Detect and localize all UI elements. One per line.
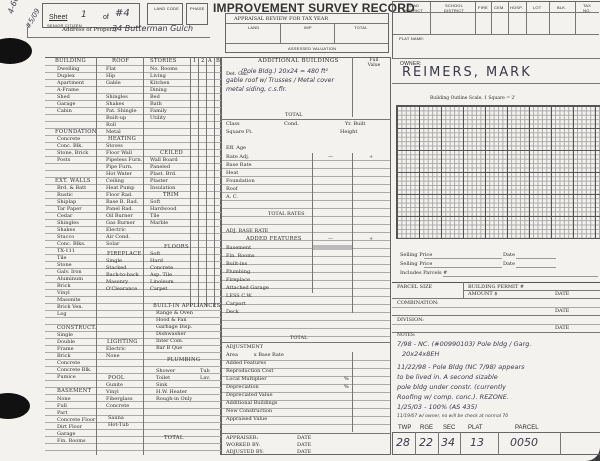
heating-heat-pump[interactable]: Heat Pump xyxy=(106,186,134,191)
ext-walls-item[interactable]: Tile xyxy=(57,256,67,261)
adj-reproduction-cost[interactable]: Reproduction Cost xyxy=(226,369,273,374)
cem-col: CEM. xyxy=(494,5,505,10)
handwritten-line-3[interactable]: metal siding, c.s.flr. xyxy=(226,87,287,93)
stories-header: STORIES xyxy=(150,59,177,64)
added-plumbing[interactable]: Plumbing xyxy=(226,270,250,275)
note-line-7[interactable]: 1/25/03 - 100% (AS 435) xyxy=(397,404,477,411)
parcel-size-label: PARCEL SIZE xyxy=(397,285,432,290)
table-rule xyxy=(45,121,221,122)
plumbing-total: TOTAL xyxy=(164,436,184,441)
punch-hole-top xyxy=(0,38,32,64)
table-rule xyxy=(45,310,221,311)
ext-walls-item[interactable]: Brick Ven. xyxy=(57,305,83,310)
pool-header: POOL xyxy=(108,376,125,381)
building-garage[interactable]: Garage xyxy=(57,102,76,107)
note-line-4[interactable]: to be lived in. A second sizable xyxy=(397,374,498,381)
floors-header: FLOORS xyxy=(164,245,189,250)
shaded-cell xyxy=(313,245,352,250)
fireplace-single[interactable]: Single xyxy=(106,259,122,264)
lighting-electric[interactable]: Electric xyxy=(106,347,126,352)
floors-soft[interactable]: Soft xyxy=(150,252,160,257)
plumbing-lav[interactable]: Lav. xyxy=(200,376,210,381)
rate-plus: + xyxy=(369,155,373,160)
ext-walls-item[interactable]: Vinyl xyxy=(57,291,70,296)
ext-walls-item[interactable]: Conc. Blks. xyxy=(57,242,86,247)
adjustment-header: ADJUSTMENT xyxy=(226,345,263,350)
added-fireplace[interactable]: Fireplace xyxy=(226,278,250,283)
added-total: TOTAL xyxy=(290,336,307,341)
ext-walls-item[interactable]: Log xyxy=(57,312,67,317)
depreciation-percent: % xyxy=(344,385,349,390)
roof-flat[interactable]: Flat xyxy=(106,67,116,72)
sec-value[interactable]: 34 xyxy=(441,437,455,448)
address-value[interactable]: 34 Butterman Gulch xyxy=(112,24,193,33)
school-district-col: SCHOOL DISTRICT xyxy=(439,3,469,13)
plumbing-tub[interactable]: Tub xyxy=(200,369,210,374)
rate-adj[interactable]: Rate Adj. xyxy=(226,155,249,160)
ext-walls-item[interactable]: Galv. Iron xyxy=(57,270,82,275)
heating-solar[interactable]: Solar xyxy=(106,242,119,247)
heating-base-rad[interactable]: Base B. Rad. xyxy=(106,200,138,205)
construct-pumice[interactable]: Pumice xyxy=(57,375,76,380)
rge-value[interactable]: 22 xyxy=(419,437,433,448)
stories-family[interactable]: Family xyxy=(150,109,167,114)
adj-depreciation[interactable]: Depreciation xyxy=(226,385,259,390)
construct-double[interactable]: Double xyxy=(57,340,75,345)
floors-hard[interactable]: Hard xyxy=(150,259,163,264)
heating-pipeless-furn[interactable]: Pipeless Furn. xyxy=(106,158,142,163)
total-col: TOTAL xyxy=(354,25,368,30)
heating-hot-water[interactable]: Hot Water xyxy=(106,172,132,177)
sheet-label: Sheet xyxy=(49,14,67,21)
lighting-header: LIGHTING xyxy=(107,340,138,345)
fireplace-header: FIREPLACE xyxy=(107,252,141,257)
table-rule xyxy=(45,114,221,115)
heating-ceiling[interactable]: Ceiling xyxy=(106,179,124,184)
building-apartment[interactable]: Apartment xyxy=(57,81,84,86)
combination-label: COMBINATION: xyxy=(397,301,439,306)
additional-buildings-header: ADDITIONAL BUILDINGS xyxy=(258,59,339,65)
heating-stoves[interactable]: Stoves xyxy=(106,144,123,149)
adj-base-rate: ADJ. BASE RATE xyxy=(226,229,268,234)
basement-part[interactable]: Part xyxy=(57,411,68,416)
pool-sauna[interactable]: Sauna xyxy=(108,416,124,421)
built-in-garbage[interactable]: Garbage Disp. xyxy=(156,325,192,330)
foundation-posts[interactable]: Posts xyxy=(57,158,70,163)
heating-air-cond[interactable]: Air Cond. xyxy=(106,235,130,240)
notes-label: NOTES: xyxy=(397,334,416,339)
adjusted-by-date: DATE xyxy=(297,450,311,455)
ceiled-header: CEILED xyxy=(160,151,183,156)
added-features-header: ADDED FEATURES xyxy=(246,237,302,242)
ext-walls-item[interactable]: Brick xyxy=(57,284,71,289)
handwritten-line-1[interactable]: (Pole Bldg.) 20x24 = 480 ft² xyxy=(241,69,328,75)
stories-dining[interactable]: Dining xyxy=(150,88,167,93)
appraisal-review-box: APPRAISAL REVIEW FOR TAX YEAR LAND IMP T… xyxy=(225,13,389,53)
table-rule xyxy=(45,415,221,416)
added-basement[interactable]: Basement xyxy=(226,246,251,251)
base-rate[interactable]: Base Rate xyxy=(226,163,252,168)
survey-record-card: 4-660 #5/09 Sheet 1 of #4 SENIOR CITIZEN… xyxy=(0,0,600,461)
roof-hip[interactable]: Hip xyxy=(106,74,115,79)
trim-hardwood[interactable]: Hardwood xyxy=(150,207,176,212)
note-line-5[interactable]: pole bldg under constr. (currently xyxy=(397,384,506,391)
basement-dirt-floor[interactable]: Dirt Floor xyxy=(57,425,82,430)
division-date-label: DATE xyxy=(555,326,569,331)
building-outline-grid[interactable] xyxy=(396,105,600,239)
twp-value[interactable]: 28 xyxy=(396,437,410,448)
handwritten-line-2[interactable]: gable roof w/ Trusses / Metal cover xyxy=(226,78,334,84)
margin-note-1: 4-660 xyxy=(6,0,22,15)
roof-pat-shingle[interactable]: Pat. Shingle xyxy=(106,109,137,114)
adj-area[interactable]: Area x Base Rate xyxy=(226,353,284,358)
floors-concrete[interactable]: Concrete xyxy=(150,266,173,271)
height-label: Height xyxy=(340,130,357,135)
appraiser-label: APPRAISER: xyxy=(226,436,258,441)
basement-header: BASEMENT xyxy=(57,389,91,394)
basement-garage[interactable]: Garage xyxy=(57,432,76,437)
ext-walls-item[interactable]: Shakes xyxy=(57,228,75,233)
sheet-number: 1 xyxy=(81,10,87,20)
worked-by-label: WORKED BY: xyxy=(226,443,260,448)
ext-walls-item[interactable]: Stucco xyxy=(57,235,74,240)
heating-oil-burner[interactable]: Oil Burner xyxy=(106,214,133,219)
parcel-label: PARCEL xyxy=(515,425,539,431)
of-label: of xyxy=(103,14,109,21)
built-in-barbque[interactable]: Bar B Que xyxy=(156,346,182,351)
added-attached-garage[interactable]: Attached Garage xyxy=(226,286,269,291)
trim-soft[interactable]: Soft xyxy=(150,200,160,205)
stories-bed[interactable]: Bed xyxy=(150,95,160,100)
square-ft-label: Square Ft. xyxy=(226,130,253,135)
built-in-intercom[interactable]: Inter Com. xyxy=(156,339,183,344)
sec-label: SEC xyxy=(443,425,455,431)
stories-utility[interactable]: Utility xyxy=(150,116,166,121)
construct-concrete[interactable]: Concrete xyxy=(57,361,80,366)
stories-col-b: B xyxy=(216,59,220,64)
roof-gable[interactable]: Gable xyxy=(106,81,121,86)
yr-built-label: Yr. Built xyxy=(345,122,365,127)
table-rule xyxy=(45,380,221,381)
ceiled-wall-board[interactable]: Wall Board xyxy=(150,158,178,163)
assessed-valuation-label: ASSESSED VALUATION xyxy=(288,46,336,51)
stories-col-2: 2 xyxy=(201,59,205,64)
heating-electric[interactable]: Electric xyxy=(106,228,126,233)
phase-box: PHASE xyxy=(186,3,208,25)
table-rule xyxy=(45,282,221,283)
table-rule xyxy=(45,93,221,94)
adjusted-by-label: ADJUSTED BY: xyxy=(226,450,264,455)
adj-added-features[interactable]: Added Features xyxy=(226,361,266,366)
ext-walls-item[interactable]: Shiplap xyxy=(57,200,76,205)
note-line-1[interactable]: 7/98 - NC. (#00990103) Pole bldg / Garg. xyxy=(397,341,531,348)
construct-single[interactable]: Single xyxy=(57,333,73,338)
appraisal-review-label: APPRAISAL REVIEW FOR TAX YEAR xyxy=(234,16,328,22)
heating-floor-rad[interactable]: Floor Rad. xyxy=(106,193,133,198)
stories-col-1: 1 xyxy=(193,59,197,64)
plumbing-header: PLUMBING xyxy=(167,358,200,363)
added-built-ins[interactable]: Built-ins xyxy=(226,262,247,267)
ceiled-plaster[interactable]: Plaster xyxy=(150,179,168,184)
table-rule xyxy=(45,450,221,451)
heating-header: HEATING xyxy=(108,137,136,142)
imp-col: IMP xyxy=(304,25,312,30)
address-label: Address of Property xyxy=(62,27,118,33)
table-rule xyxy=(45,408,221,409)
building-cabin[interactable]: Cabin xyxy=(57,109,72,114)
full-value-header: Full Value xyxy=(366,59,382,68)
ext-walls-item[interactable]: Masonite xyxy=(57,298,80,303)
note-line-2[interactable]: 20x24x8EH xyxy=(402,351,439,358)
plumbing-rough-in[interactable]: Rough-in Only xyxy=(156,397,192,402)
construct-concrete-blk[interactable]: Concrete Blk. xyxy=(57,368,92,373)
built-in-header: BUILT-IN APPLIANCES xyxy=(153,304,221,309)
basement-fin-rooms[interactable]: Fin. Rooms xyxy=(57,439,86,444)
roof-shingles[interactable]: Shingles xyxy=(106,95,128,100)
adj-local-multiplier[interactable]: Local Multiplier xyxy=(226,377,267,382)
ceiled-insulation[interactable]: Insulation xyxy=(150,186,175,191)
pool-gunite[interactable]: Gunite xyxy=(106,383,123,388)
adj-additional-buildings[interactable]: Additional Buildings xyxy=(226,401,278,406)
land-code-box: LAND CODE xyxy=(147,3,183,25)
heating-floor-wall[interactable]: Floor Wall xyxy=(106,151,132,156)
table-rule xyxy=(45,163,221,164)
table-rule xyxy=(45,401,221,402)
adj-depreciated-value[interactable]: Depreciated Value xyxy=(226,393,273,398)
plumbing-shower[interactable]: Shower xyxy=(156,369,175,374)
roof-header: ROOF xyxy=(112,59,129,64)
basement-concrete-floor[interactable]: Concrete Floor xyxy=(57,418,95,423)
fireplace-stacked[interactable]: Stacked xyxy=(106,266,126,271)
note-line-3[interactable]: 11/22/98 - Pole Bldg (NC 7/98) appears xyxy=(397,364,525,371)
roof-roll[interactable]: Roll xyxy=(106,123,116,128)
rge-label: RGE xyxy=(420,425,433,431)
note-line-6[interactable]: Roofing w/ comp. conc.). REZONE. xyxy=(397,394,509,401)
plat-value[interactable]: 13 xyxy=(470,437,484,448)
plumbing-toilet[interactable]: Toilet xyxy=(156,376,170,381)
roof-metal[interactable]: Metal xyxy=(106,130,121,135)
trim-tile[interactable]: Tile xyxy=(150,214,160,219)
land-col: LAND xyxy=(248,25,259,30)
pool-hot-tub[interactable]: Hot-Tub xyxy=(108,423,129,428)
floors-carpet[interactable]: Carpet xyxy=(150,287,167,292)
cond-label: Cond. xyxy=(284,122,299,127)
heating-panel-rad[interactable]: Panel Rad. xyxy=(106,207,133,212)
added-carport[interactable]: Carport xyxy=(226,302,246,307)
punch-slot xyxy=(0,406,16,411)
lighting-none[interactable]: None xyxy=(106,354,120,359)
plumbing-hw-heater[interactable]: H.W. Heater xyxy=(156,390,187,395)
phase-label: PHASE xyxy=(190,6,205,11)
table-rule xyxy=(45,317,221,318)
parcel-value[interactable]: 0050 xyxy=(510,437,538,448)
ext-walls-item[interactable]: Aluminum xyxy=(57,277,83,282)
building-aframe[interactable]: A-Frame xyxy=(57,88,79,93)
heating-pipe-furn[interactable]: Pipe Furn. xyxy=(106,165,133,170)
ext-walls-item[interactable]: TX-111 xyxy=(57,249,75,254)
fireplace-masonry[interactable]: Masonry xyxy=(106,280,128,285)
ceiled-plast-brd[interactable]: Plast. Brd. xyxy=(150,172,177,177)
combination-date-label: DATE xyxy=(555,309,569,314)
construct-brick[interactable]: Brick xyxy=(57,354,71,359)
land-code-label: LAND CODE xyxy=(154,6,179,11)
building-shed[interactable]: Shed xyxy=(57,95,70,100)
trim-header: TRIM xyxy=(163,193,179,198)
appraiser-date: DATE xyxy=(297,436,311,441)
ext-walls-item[interactable]: Tar Paper xyxy=(57,207,82,212)
floors-linoleum[interactable]: Linoleum xyxy=(150,280,174,285)
ext-walls-item[interactable]: Rustic xyxy=(57,193,73,198)
added-fin-rooms[interactable]: Fin. Rooms xyxy=(226,254,255,259)
ext-walls-item[interactable]: Stone xyxy=(57,263,72,268)
ac-rate[interactable]: A. C. xyxy=(226,195,238,200)
built-in-dishwasher[interactable]: Dishwasher xyxy=(156,332,186,337)
building-dwelling[interactable]: Dwelling xyxy=(57,67,79,72)
pool-fiberglass[interactable]: Fiberglass xyxy=(106,397,133,402)
adj-new-construction[interactable]: New Construction xyxy=(226,409,272,414)
amount-label: AMOUNT $ xyxy=(468,292,498,297)
floors-asp-tile[interactable]: Asp. Tile xyxy=(150,273,172,278)
ext-walls-item[interactable]: Brd. & Batt xyxy=(57,186,86,191)
foundation-stone-brick[interactable]: Stone, Brick xyxy=(57,151,88,156)
rate-minus: — xyxy=(328,155,333,160)
fireplace-back-to-back[interactable]: Back-to-back xyxy=(106,273,139,278)
addl-total-label: TOTAL xyxy=(285,113,302,118)
building-duplex[interactable]: Duplex xyxy=(57,74,75,79)
date-label-1: Date xyxy=(503,253,515,258)
plat-label: PLAT xyxy=(468,425,483,431)
stories-bath[interactable]: Bath xyxy=(150,102,162,107)
basement-none[interactable]: None xyxy=(57,397,71,402)
ext-walls-item[interactable]: Cedar xyxy=(57,214,72,219)
fire-col: FIRE xyxy=(478,5,488,10)
adj-appraised-value[interactable]: Appraised Value xyxy=(226,417,267,422)
roof-shakes[interactable]: Shakes xyxy=(106,102,124,107)
blk-col: BLK. xyxy=(557,5,566,10)
ceiled-paneled[interactable]: Paneled xyxy=(150,165,170,170)
heat-rate[interactable]: Heat xyxy=(226,171,238,176)
ext-walls-item[interactable]: Shingles xyxy=(57,221,79,226)
construct-header: CONSTRUCT. xyxy=(57,326,96,331)
stories-no-rooms[interactable]: No. Rooms xyxy=(150,67,178,72)
trim-marble[interactable]: Marble xyxy=(150,221,168,226)
roof-built-up[interactable]: Built-up xyxy=(106,116,126,121)
building-header: BUILDING xyxy=(55,59,86,64)
basement-full[interactable]: Full xyxy=(57,404,67,409)
class-label: Class xyxy=(226,122,240,127)
roof-rate[interactable]: Roof xyxy=(226,187,238,192)
heating-gas-burner[interactable]: Gas Burner xyxy=(106,221,135,226)
total-rates: TOTAL RATES xyxy=(268,212,305,217)
worked-by-date: DATE xyxy=(297,443,311,448)
table-rule xyxy=(45,170,221,171)
foundation-conc-blk[interactable]: Conc. Blk. xyxy=(57,144,83,149)
note-line-8[interactable]: 11/19/07 w/ owner, no will be check at n… xyxy=(397,415,508,420)
foundation-concrete[interactable]: Concrete xyxy=(57,137,80,142)
division-label: DIVISION: xyxy=(397,318,424,323)
road-district-col: ROAD DISTRICT xyxy=(401,3,425,13)
pool-concrete[interactable]: Concrete xyxy=(106,404,129,409)
eff-age-label: Eff. Age xyxy=(226,146,246,151)
table-rule xyxy=(45,352,221,353)
foundation-rate[interactable]: Foundation xyxy=(226,179,255,184)
pool-vinyl[interactable]: Vinyl xyxy=(106,390,119,395)
outline-caption: Building Outline Scale, 1 Square = 2' xyxy=(430,97,516,102)
fireplace-oclearance[interactable]: O'Clearance xyxy=(106,287,137,292)
hosp-col: HOSP. xyxy=(510,5,523,10)
plat-name-label: PLAT NAME: xyxy=(399,36,424,41)
stories-living[interactable]: Living xyxy=(150,74,166,79)
built-in-range[interactable]: Range & Oven xyxy=(156,311,193,316)
plumbing-sink[interactable]: Sink xyxy=(156,383,167,388)
built-in-hood[interactable]: Hood & Fan xyxy=(156,318,187,323)
construct-frame[interactable]: Frame xyxy=(57,347,74,352)
ext-walls-header: EXT. WALLS xyxy=(55,179,91,184)
sheet-total: #4 xyxy=(115,8,130,19)
added-less-cw[interactable]: LESS C.W. xyxy=(226,294,252,299)
tax-no-col: TAX NO. xyxy=(581,3,593,13)
added-deck[interactable]: Deck xyxy=(226,310,239,315)
foundation-header: FOUNDATION xyxy=(55,130,97,135)
lot-col: LOT xyxy=(533,5,541,10)
district-box: ROAD DISTRICT SCHOOL DISTRICT FIRE CEM. … xyxy=(392,1,600,59)
added-minus: — xyxy=(328,237,333,242)
owner-value[interactable]: REIMERS, MARK xyxy=(402,66,532,79)
stories-kitchen[interactable]: Kitchen xyxy=(150,81,170,86)
address-row: Address of Property 34 Butterman Gulch xyxy=(27,27,210,38)
added-plus: + xyxy=(369,237,373,242)
twp-label: TWP xyxy=(398,425,411,431)
date-label-2: Date xyxy=(503,262,515,267)
includes-parcels-label: Includes Parcels # xyxy=(400,271,447,276)
local-multiplier-percent: % xyxy=(344,377,349,382)
stories-col-a: A xyxy=(208,59,212,64)
permit-date-label: DATE xyxy=(555,292,569,297)
